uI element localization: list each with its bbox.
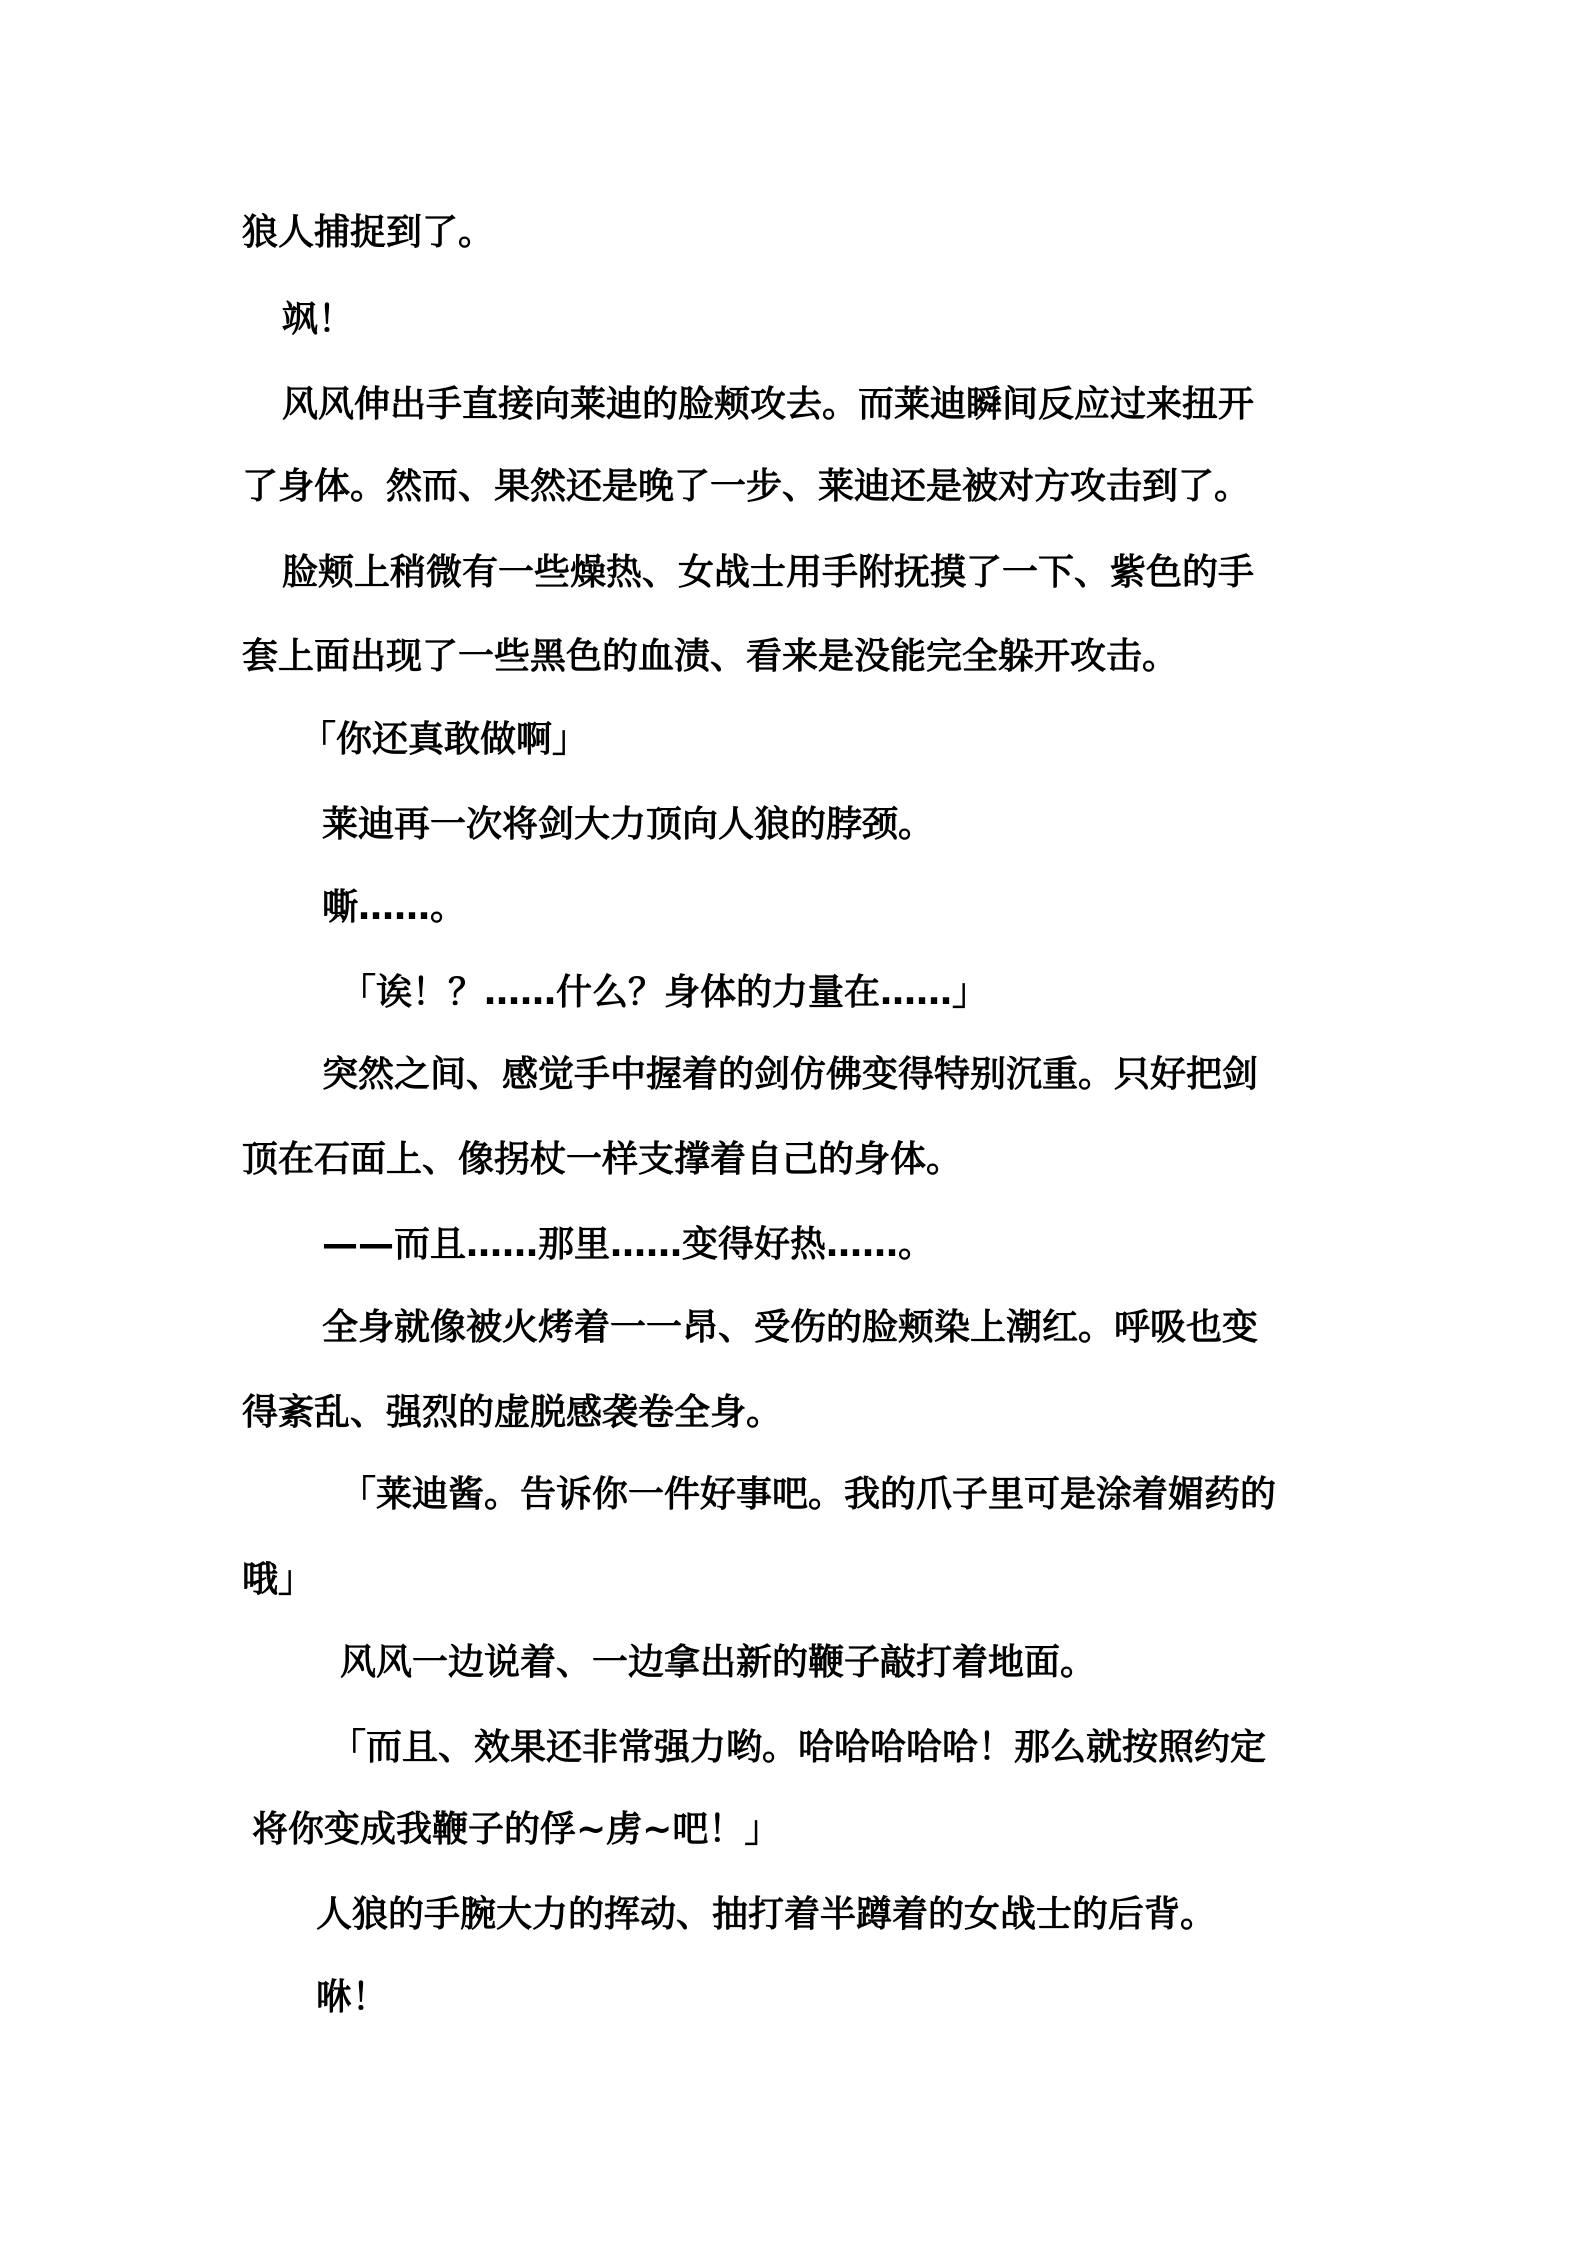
dialogue-line: 将你变成我鞭子的俘~虏~吧！」: [252, 1808, 780, 1852]
text-line: 了身体。然而、果然还是晚了一步、莱迪还是被对方攻击到了。: [242, 465, 1250, 509]
text-line: 莱迪再一次将剑大力顶向人狼的脖颈。: [322, 803, 934, 847]
document-page: 狼人捕捉到了。 飒！ 风风伸出手直接向莱迪的脸颊攻去。而莱迪瞬间反应过来扭开 了…: [0, 0, 1587, 2245]
text-line: 得紊乱、强烈的虚脱感袭卷全身。: [242, 1391, 782, 1435]
text-line: 顶在石面上、像拐杖一样支撑着自己的身体。: [242, 1138, 962, 1182]
text-line: 风风一边说着、一边拿出新的鞭子敲打着地面。: [340, 1641, 1096, 1685]
text-line: 突然之间、感觉手中握着的剑仿佛变得特别沉重。只好把剑: [322, 1053, 1258, 1097]
text-line: 咻！: [316, 1976, 388, 2020]
dialogue-line: 哦」: [242, 1558, 314, 1602]
dialogue-line: 「你还真敢做啊」: [300, 718, 588, 762]
text-line: 飒！: [282, 298, 354, 342]
text-line: 套上面出现了一些黑色的血渍、看来是没能完全躲开攻击。: [242, 635, 1178, 679]
text-line: ——而且……那里……变得好热……。: [322, 1223, 934, 1267]
text-line: 风风伸出手直接向莱迪的脸颊攻去。而莱迪瞬间反应过来扭开: [282, 383, 1254, 427]
text-line: 人狼的手腕大力的挥动、抽打着半蹲着的女战士的后背。: [316, 1893, 1216, 1937]
text-line: 狼人捕捉到了。: [242, 211, 494, 255]
dialogue-line: 「诶！？……什么？身体的力量在……」: [340, 971, 988, 1015]
text-line: 全身就像被火烤着一一昂、受伤的脸颊染上潮红。呼吸也变: [322, 1306, 1258, 1350]
text-line: 嘶……。: [322, 886, 466, 930]
dialogue-line: 「莱迪酱。告诉你一件好事吧。我的爪子里可是涂着媚药的: [340, 1473, 1276, 1517]
dialogue-line: 「而且、效果还非常强力哟。哈哈哈哈哈！那么就按照约定: [330, 1726, 1266, 1770]
text-line: 脸颊上稍微有一些燥热、女战士用手附抚摸了一下、紫色的手: [282, 551, 1254, 595]
